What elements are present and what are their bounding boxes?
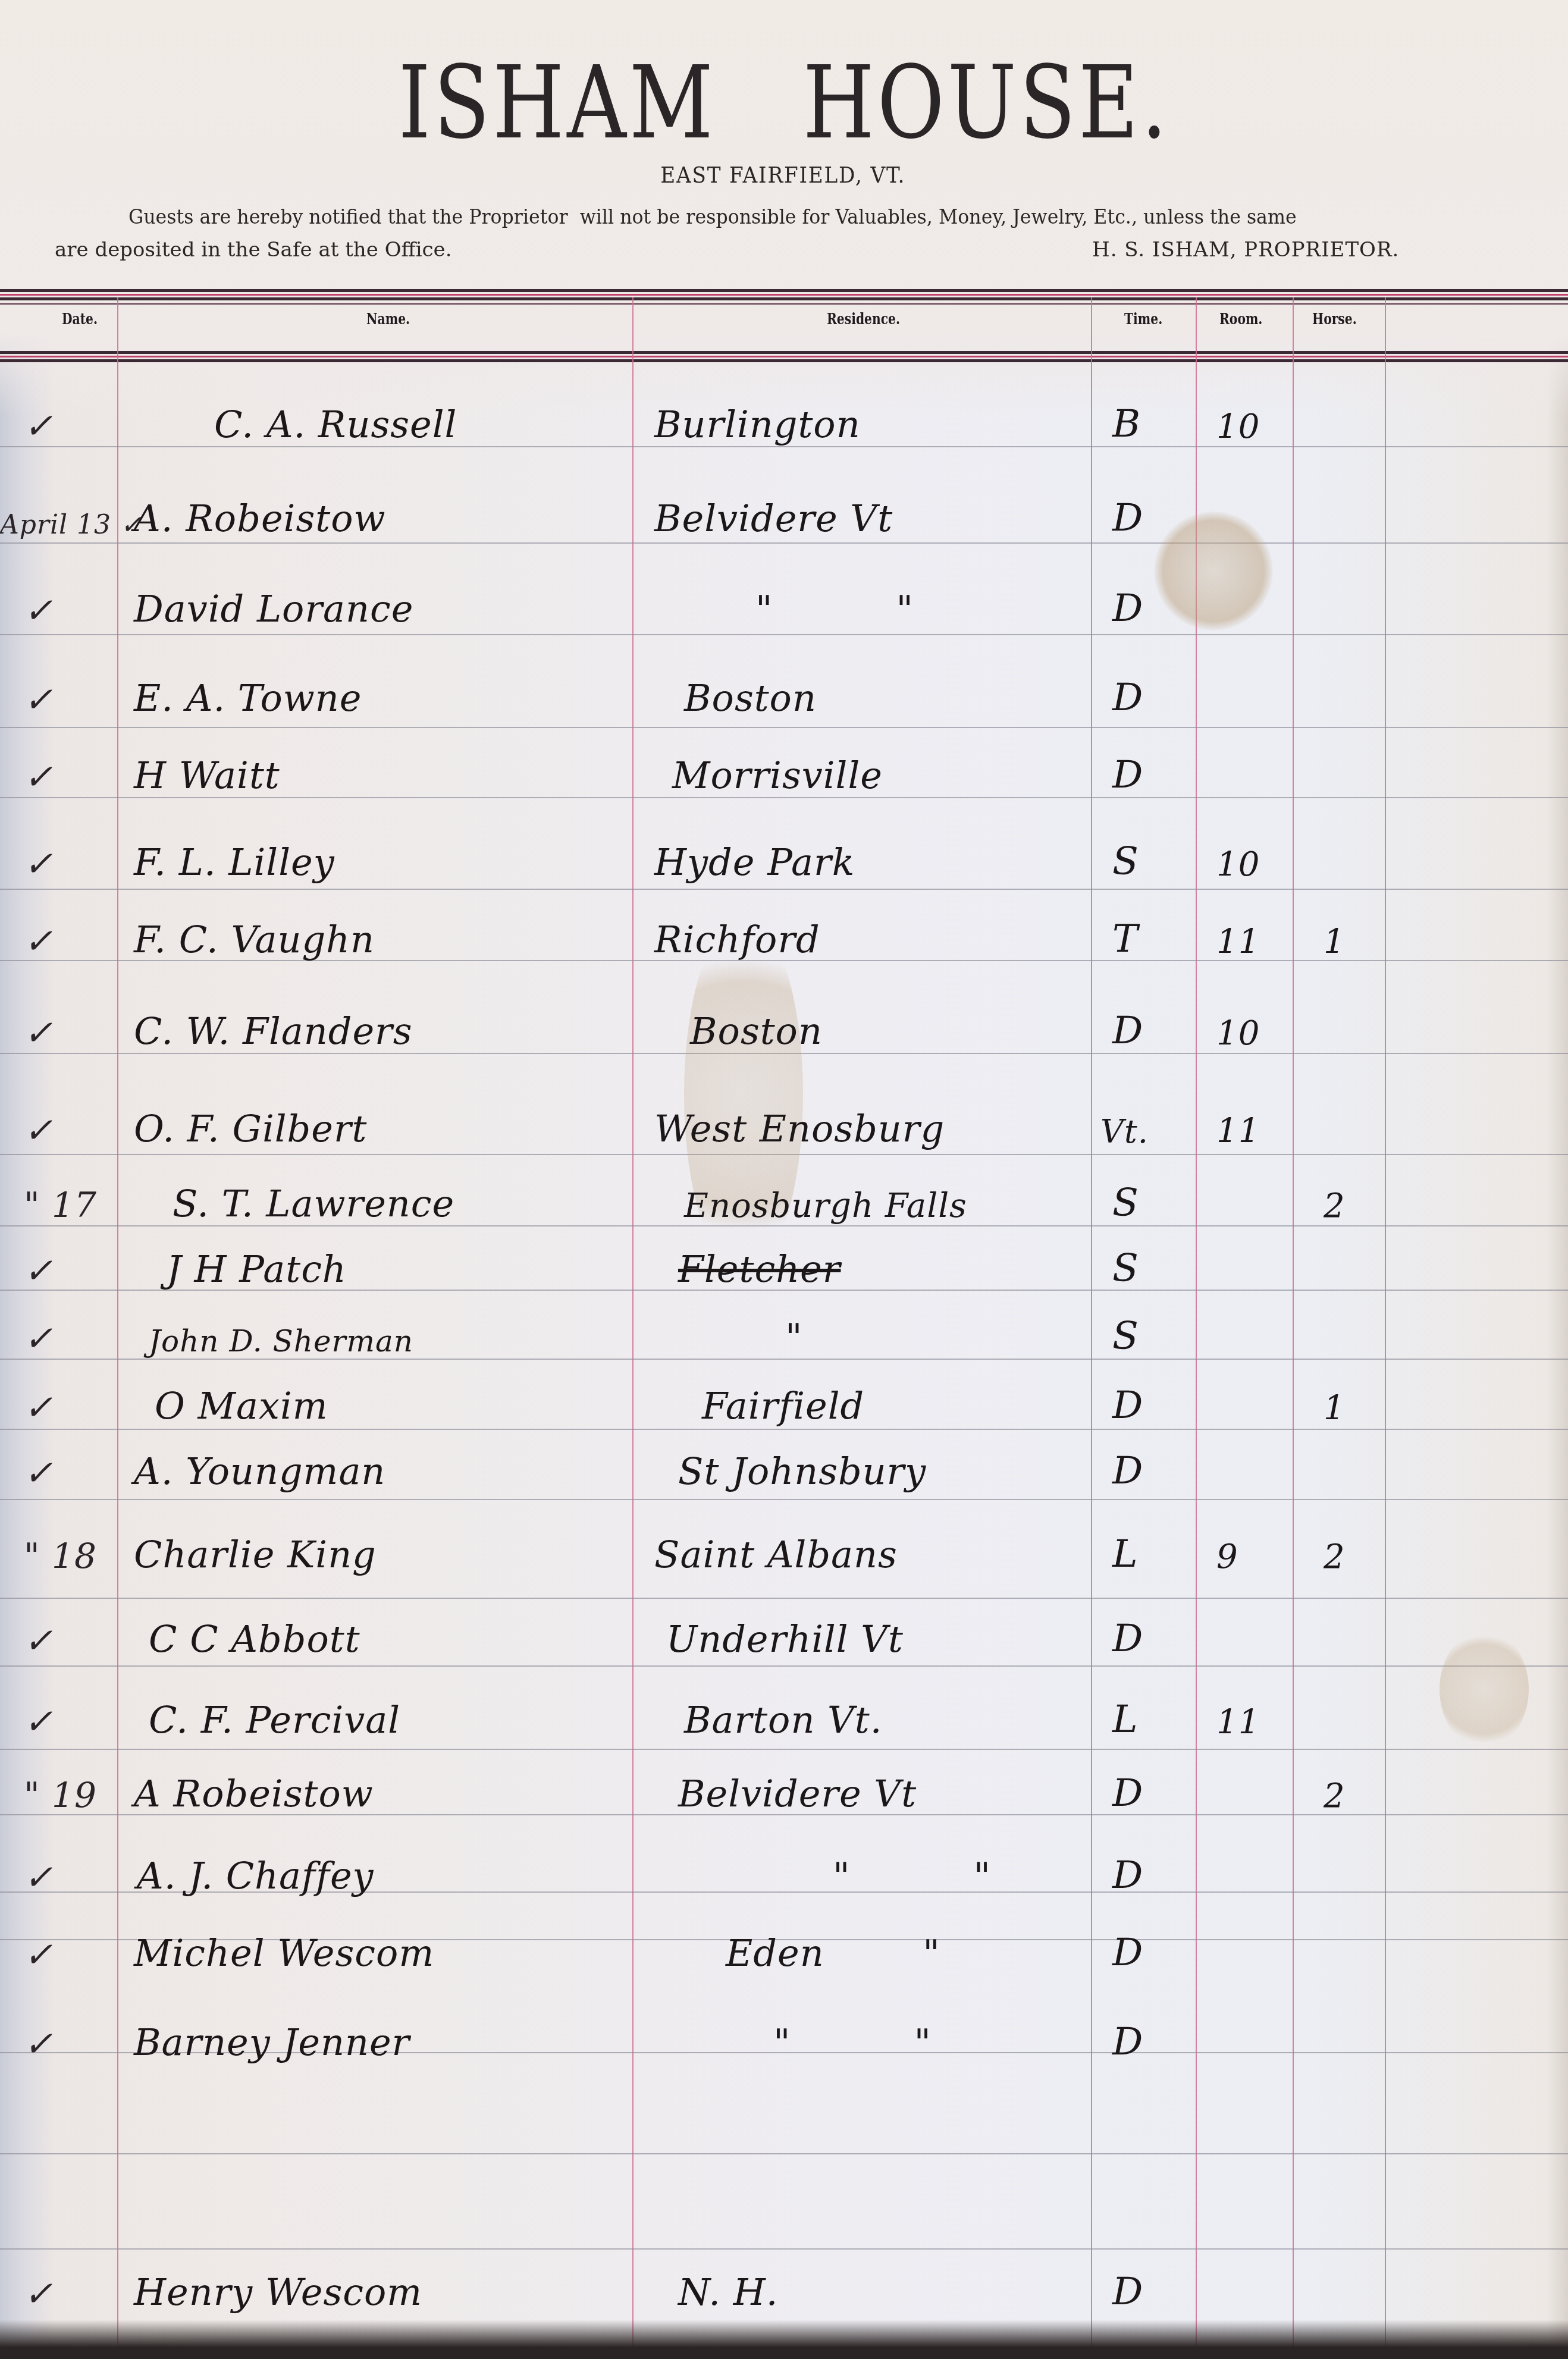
entry-residence: " " bbox=[833, 1854, 991, 1897]
ledger-line bbox=[0, 1598, 1568, 1599]
entry-residence: Underhill Vt bbox=[666, 1617, 904, 1661]
entry-name: J H Patch bbox=[167, 1247, 347, 1291]
entry-horse: 2 bbox=[1324, 1777, 1346, 1815]
ledger-line bbox=[0, 727, 1568, 728]
entry-residence: Barton Vt. bbox=[684, 1698, 882, 1742]
ledger-line bbox=[0, 1499, 1568, 1500]
entry-time: D bbox=[1112, 1384, 1143, 1428]
entry-date: ✓ bbox=[24, 1453, 54, 1493]
entry-name: O Maxim bbox=[155, 1384, 328, 1428]
entry-residence: Burlington bbox=[654, 403, 861, 446]
entry-name: C. W. Flanders bbox=[134, 1009, 413, 1053]
entry-residence: St Johnsbury bbox=[678, 1450, 926, 1493]
entry-time: D bbox=[1112, 676, 1143, 720]
ledger-line bbox=[0, 1749, 1568, 1750]
liability-notice-line-1: Guests are hereby notified that the Prop… bbox=[128, 205, 1297, 229]
entry-residence: Belvidere Vt bbox=[678, 1772, 917, 1815]
entry-date: ✓ bbox=[24, 921, 54, 961]
register-row: ✓ David Lorance " " D bbox=[0, 589, 1568, 636]
entry-residence: N. H. bbox=[678, 2270, 778, 2314]
entry-time: D bbox=[1112, 1771, 1143, 1815]
column-header-residence: Residence. bbox=[827, 310, 900, 328]
entry-name: H Waitt bbox=[134, 754, 280, 797]
entry-date: ✓ bbox=[24, 843, 54, 884]
register-row: " 18 Charlie King Saint Albans L 9 2 bbox=[0, 1535, 1568, 1582]
entry-time: D bbox=[1112, 2270, 1143, 2314]
entry-residence: " bbox=[785, 1315, 803, 1359]
entry-residence: Enosburgh Falls bbox=[684, 1187, 967, 1225]
register-row: " 17 S. T. Lawrence Enosburgh Falls S 2 bbox=[0, 1184, 1568, 1231]
register-row: ✓ Michel Wescom Eden " D bbox=[0, 1933, 1568, 1981]
entry-time: D bbox=[1112, 1009, 1143, 1053]
entry-room: 10 bbox=[1216, 407, 1260, 446]
register-row: ✓ H Waitt Morrisville D bbox=[0, 755, 1568, 803]
entry-date: ✓ bbox=[24, 1934, 54, 1975]
entry-name: A. J. Chaffey bbox=[137, 1854, 374, 1897]
entry-time: L bbox=[1112, 1532, 1139, 1576]
entry-name: Henry Wescom bbox=[134, 2270, 422, 2314]
entry-time: Vt. bbox=[1100, 1113, 1149, 1150]
entry-residence: Fairfield bbox=[702, 1384, 864, 1428]
entry-date: ✓ bbox=[24, 1620, 54, 1661]
entry-residence: Boston bbox=[690, 1009, 823, 1053]
entry-name: F. C. Vaughn bbox=[134, 918, 375, 961]
entry-name: F. L. Lilley bbox=[134, 840, 335, 884]
column-header-time: Time. bbox=[1124, 310, 1162, 328]
entry-time: D bbox=[1112, 1449, 1143, 1493]
entry-date: ✓ bbox=[24, 590, 54, 630]
entry-date: ✓ bbox=[24, 1012, 54, 1053]
column-header-name: Name. bbox=[366, 310, 410, 328]
entry-name: Michel Wescom bbox=[134, 1931, 434, 1975]
column-header-date: Date. bbox=[62, 310, 98, 328]
entry-time: S bbox=[1112, 1181, 1139, 1225]
register-row: ✓ A. J. Chaffey " " D bbox=[0, 1856, 1568, 1903]
entry-name: A. Robeistow bbox=[134, 497, 386, 540]
entry-date: ✓ bbox=[24, 2024, 54, 2064]
entry-room: 9 bbox=[1216, 1538, 1238, 1576]
entry-time: S bbox=[1112, 1315, 1139, 1359]
entry-name: A. Youngman bbox=[134, 1450, 385, 1493]
entry-residence: West Enosburg bbox=[654, 1107, 945, 1150]
column-header-horse: Horse. bbox=[1312, 310, 1357, 328]
entry-time: D bbox=[1112, 496, 1143, 540]
register-row: ✓ Henry Wescom N. H. D bbox=[0, 2272, 1568, 2320]
entry-room: 10 bbox=[1216, 845, 1260, 884]
register-page: ISHAM HOUSE. EAST FAIRFIELD, VT. Guests … bbox=[0, 0, 1568, 2359]
entry-name: S. T. Lawrence bbox=[173, 1182, 454, 1225]
entry-name: Barney Jenner bbox=[134, 2021, 410, 2064]
entry-residence: Hyde Park bbox=[654, 840, 855, 884]
register-row: ✓ O. F. Gilbert West Enosburg Vt. 11 bbox=[0, 1109, 1568, 1156]
entry-name: John D. Sherman bbox=[149, 1324, 413, 1359]
entry-time: S bbox=[1112, 1247, 1139, 1291]
register-row: ✓ E. A. Towne Boston D bbox=[0, 678, 1568, 726]
entry-horse: 1 bbox=[1324, 1389, 1346, 1428]
page-title: ISHAM HOUSE. bbox=[142, 45, 1428, 161]
entry-room: 10 bbox=[1216, 1014, 1260, 1053]
entry-residence: Saint Albans bbox=[654, 1533, 898, 1576]
register-row: ✓ John D. Sherman " S bbox=[0, 1317, 1568, 1364]
entry-time: T bbox=[1112, 917, 1139, 961]
register-row: " 19 A Robeistow Belvidere Vt D 2 bbox=[0, 1774, 1568, 1821]
entry-time: L bbox=[1112, 1698, 1139, 1742]
entry-time: S bbox=[1112, 840, 1139, 884]
entry-name: A Robeistow bbox=[134, 1772, 374, 1815]
entry-name: C. A. Russell bbox=[214, 403, 457, 446]
entry-date: ✓ bbox=[24, 2273, 54, 2314]
entry-name: C C Abbott bbox=[149, 1617, 360, 1661]
entry-room: 11 bbox=[1216, 1112, 1260, 1150]
entry-date: ✓ bbox=[24, 1318, 54, 1359]
entry-residence: Fletcher bbox=[678, 1247, 841, 1291]
proprietor-signature: H. S. ISHAM, PROPRIETOR. bbox=[1092, 238, 1399, 262]
entry-residence: Boston bbox=[684, 676, 817, 720]
entry-date: ✓ bbox=[24, 679, 54, 720]
entry-date: " 17 bbox=[24, 1185, 97, 1225]
register-row: ✓ F. L. Lilley Hyde Park S 10 bbox=[0, 842, 1568, 890]
entry-date: ✓ bbox=[24, 1250, 54, 1291]
register-row: ✓ C C Abbott Underhill Vt D bbox=[0, 1619, 1568, 1667]
entry-time: D bbox=[1112, 753, 1143, 797]
entry-name: E. A. Towne bbox=[134, 676, 362, 720]
entry-residence: " " bbox=[755, 587, 914, 630]
entry-name: O. F. Gilbert bbox=[134, 1107, 368, 1150]
entry-name: Charlie King bbox=[134, 1533, 377, 1576]
entry-date: ✓ bbox=[24, 406, 54, 446]
register-row: ✓ O Maxim Fairfield D 1 bbox=[0, 1386, 1568, 1433]
register-row: ✓ Barney Jenner " " D bbox=[0, 2022, 1568, 2070]
entry-room: 11 bbox=[1216, 1703, 1260, 1742]
entry-time: D bbox=[1112, 1617, 1143, 1661]
entry-time: D bbox=[1112, 2020, 1143, 2064]
entry-residence: Morrisville bbox=[672, 754, 883, 797]
entry-date: ✓ bbox=[24, 1857, 54, 1897]
entry-time: B bbox=[1112, 402, 1141, 446]
entry-date: " 18 bbox=[24, 1536, 97, 1576]
entry-name: David Lorance bbox=[134, 587, 413, 630]
entry-date: " 19 bbox=[24, 1775, 97, 1815]
entry-date: ✓ bbox=[24, 1701, 54, 1742]
column-header-room: Room. bbox=[1219, 310, 1262, 328]
location-subtitle: EAST FAIRFIELD, VT. bbox=[77, 162, 1488, 188]
entry-date: April 13 ✓ bbox=[0, 510, 143, 540]
register-row: ✓ C. F. Percival Barton Vt. L 11 bbox=[0, 1700, 1568, 1748]
book-edge-shadow bbox=[0, 2320, 1568, 2359]
register-row: April 13 ✓ A. Robeistow Belvidere Vt D bbox=[0, 498, 1568, 546]
entry-residence: Belvidere Vt bbox=[654, 497, 893, 540]
entry-horse: 1 bbox=[1324, 923, 1346, 961]
entry-time: D bbox=[1112, 1853, 1143, 1897]
liability-notice-line-2: are deposited in the Safe at the Office. bbox=[55, 238, 452, 262]
entry-name: C. F. Percival bbox=[149, 1698, 400, 1742]
register-row: ✓ J H Patch Fletcher S bbox=[0, 1249, 1568, 1297]
ledger-line bbox=[0, 2248, 1568, 2250]
entry-residence: Richford bbox=[654, 918, 820, 961]
entry-date: ✓ bbox=[24, 757, 54, 797]
register-row: ✓ A. Youngman St Johnsbury D bbox=[0, 1451, 1568, 1499]
ledger-line bbox=[0, 2153, 1568, 2154]
entry-horse: 2 bbox=[1324, 1187, 1346, 1225]
entry-horse: 2 bbox=[1324, 1538, 1346, 1576]
entry-time: D bbox=[1112, 586, 1143, 630]
entry-residence: " " bbox=[773, 2021, 932, 2064]
entry-date: ✓ bbox=[24, 1110, 54, 1150]
entry-room: 11 bbox=[1216, 923, 1260, 961]
entry-date: ✓ bbox=[24, 1387, 54, 1428]
register-row: ✓ F. C. Vaughn Richford T 11 1 bbox=[0, 920, 1568, 967]
entry-residence: Eden " bbox=[726, 1931, 940, 1975]
register-row: ✓ C. A. Russell Burlington B 10 bbox=[0, 404, 1568, 452]
entry-time: D bbox=[1112, 1931, 1143, 1975]
register-row: ✓ C. W. Flanders Boston D 10 bbox=[0, 1011, 1568, 1059]
